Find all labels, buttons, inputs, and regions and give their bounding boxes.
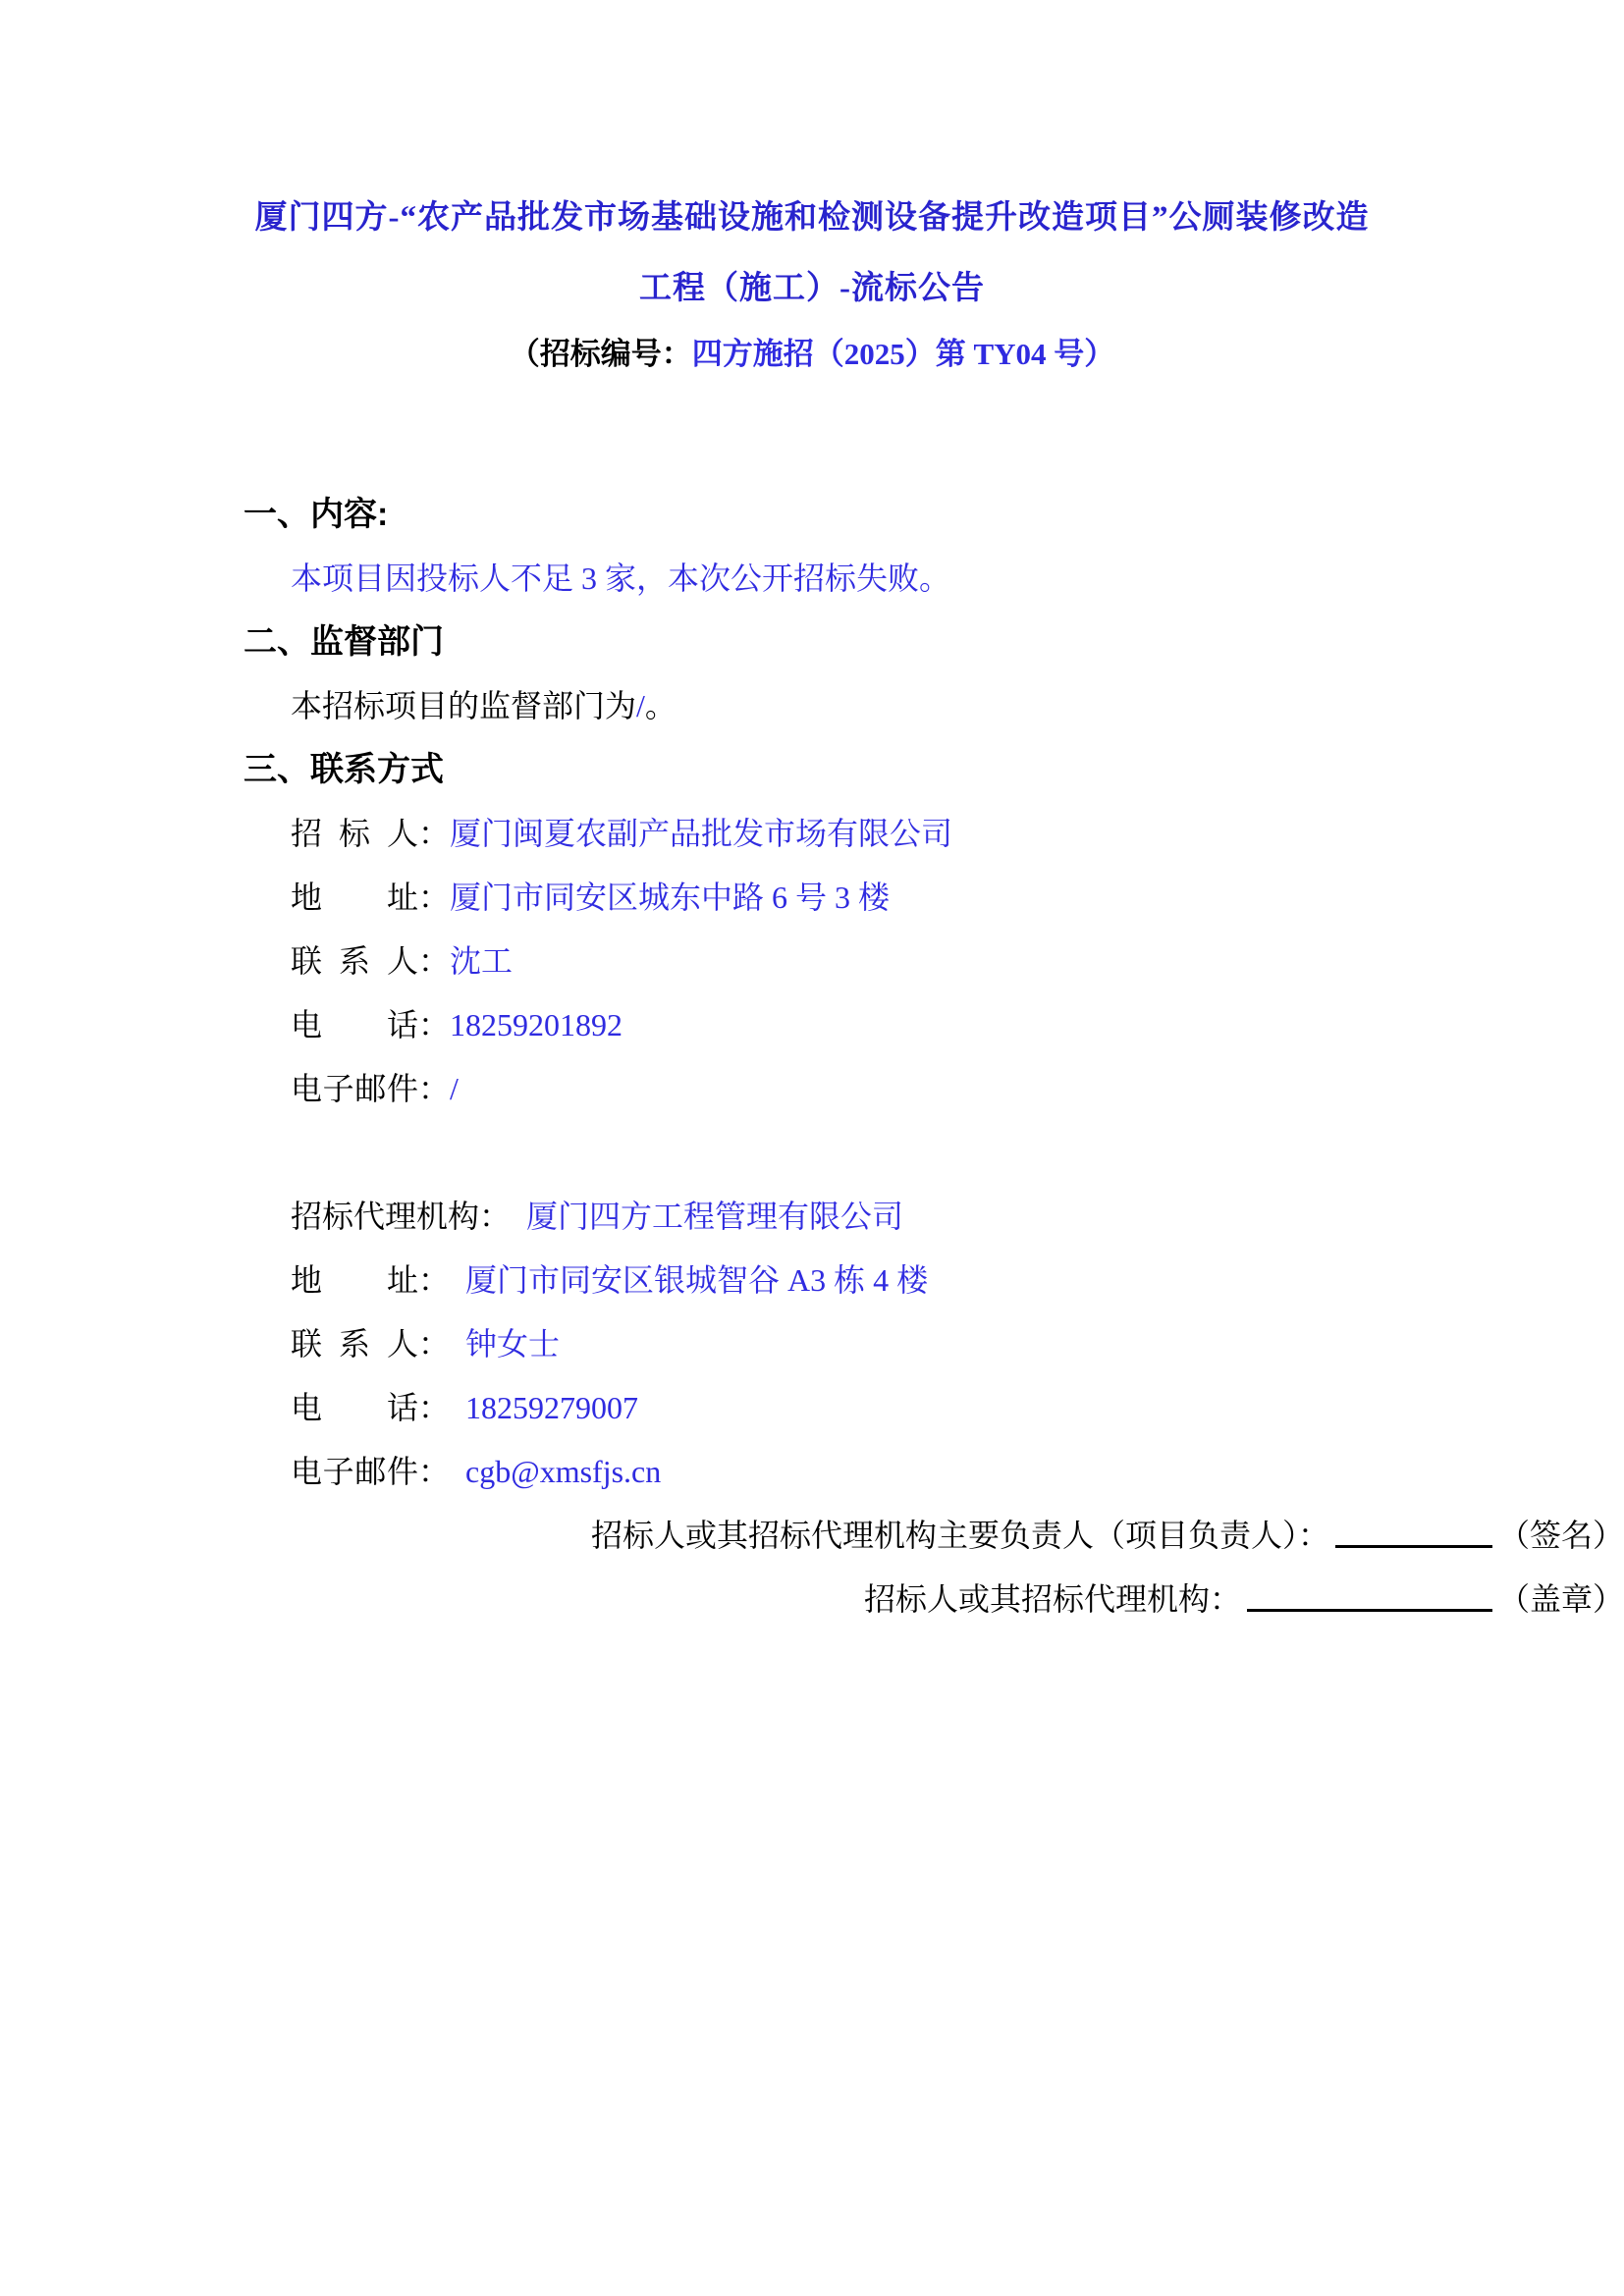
- signature-label-organization: 招标人或其招标代理机构：: [864, 1581, 1241, 1617]
- field-colon: ：: [418, 880, 450, 915]
- document-title-line1: 厦门四方-“农产品批发市场基础设施和检测设备提升改造项目”公厕装修改造: [0, 183, 1624, 253]
- field-label-email: 电子邮件: [291, 1057, 418, 1121]
- supervision-text-prefix: 本招标项目的监督部门为: [291, 688, 636, 723]
- tender-reference-line: （招标编号：四方施招（2025）第 TY04 号）: [0, 324, 1624, 385]
- field-label-phone: 电话: [291, 993, 418, 1057]
- signature-suffix-seal: （盖章）: [1498, 1581, 1624, 1617]
- document-title-line2: 工程（施工）-流标公告: [0, 253, 1624, 324]
- title-block: 厦门四方-“农产品批发市场基础设施和检测设备提升改造项目”公厕装修改造 工程（施…: [0, 0, 1624, 385]
- field-colon: ：: [418, 943, 450, 979]
- tenderer-contact-person-value: 沈工: [450, 943, 513, 979]
- section-heading-content: 一、内容:: [244, 483, 1624, 547]
- supervision-value: /: [636, 688, 645, 723]
- field-colon: ：: [418, 1326, 450, 1362]
- field-colon: ：: [418, 816, 450, 851]
- tenderer-address-value: 厦门市同安区城东中路 6 号 3 楼: [450, 880, 890, 915]
- field-label-phone: 电话: [291, 1376, 418, 1440]
- signature-line-project-leader: 招标人或其招标代理机构主要负责人（项目负责人）：（签名）: [0, 1504, 1624, 1568]
- field-colon: ：: [418, 1454, 450, 1489]
- agency-name-value: 厦门四方工程管理有限公司: [526, 1199, 903, 1234]
- field-label-contact-person: 联系人: [291, 930, 418, 993]
- field-colon: ：: [479, 1199, 511, 1234]
- tenderer-email-value: /: [450, 1071, 459, 1106]
- blank-line-spacer: [0, 1121, 1624, 1185]
- tenderer-row-contact-person: 联系人：沈工: [291, 930, 1624, 993]
- field-colon: ：: [418, 1071, 450, 1106]
- tenderer-row-email: 电子邮件：/: [291, 1057, 1624, 1121]
- supervision-text-suffix: 。: [645, 688, 677, 723]
- agency-row-phone: 电话：18259279007: [291, 1376, 1624, 1440]
- signature-label-project-leader: 招标人或其招标代理机构主要负责人（项目负责人）：: [591, 1518, 1329, 1553]
- field-label-address: 地址: [291, 1249, 418, 1312]
- agency-row-address: 地址：厦门市同安区银城智谷 A3 栋 4 楼: [291, 1249, 1624, 1312]
- document-page: 厦门四方-“农产品批发市场基础设施和检测设备提升改造项目”公厕装修改造 工程（施…: [0, 0, 1624, 2296]
- tenderer-phone-value: 18259201892: [450, 1007, 623, 1042]
- document-body: 一、内容: 本项目因投标人不足 3 家，本次公开招标失败。 二、监督部门 本招标…: [0, 483, 1624, 1631]
- agency-address-value: 厦门市同安区银城智谷 A3 栋 4 楼: [465, 1262, 928, 1298]
- supervision-body-text: 本招标项目的监督部门为/。: [291, 674, 1624, 738]
- field-colon: ：: [418, 1262, 450, 1298]
- field-colon: ：: [418, 1007, 450, 1042]
- signature-line-organization: 招标人或其招标代理机构：（盖章）: [0, 1568, 1624, 1631]
- signature-underline-blank: [1247, 1579, 1492, 1612]
- agency-contact-person-value: 钟女士: [465, 1326, 560, 1362]
- tenderer-row-name: 招标人：厦门闽夏农副产品批发市场有限公司: [291, 802, 1624, 866]
- signature-suffix-sign: （签名）: [1498, 1518, 1624, 1553]
- agency-row-name: 招标代理机构：厦门四方工程管理有限公司: [291, 1185, 1624, 1249]
- field-colon: ：: [418, 1390, 450, 1425]
- field-label-agency: 招标代理机构: [291, 1185, 479, 1249]
- field-label-email: 电子邮件: [291, 1440, 418, 1504]
- tenderer-name-value: 厦门闽夏农副产品批发市场有限公司: [450, 816, 952, 851]
- tenderer-row-address: 地址：厦门市同安区城东中路 6 号 3 楼: [291, 866, 1624, 930]
- tenderer-row-phone: 电话：18259201892: [291, 993, 1624, 1057]
- section-heading-supervision: 二、监督部门: [244, 611, 1624, 674]
- agency-email-value: cgb@xmsfjs.cn: [465, 1454, 661, 1489]
- field-label-address: 地址: [291, 866, 418, 930]
- tender-reference-number: 四方施招（2025）第 TY04 号）: [692, 337, 1115, 371]
- signature-underline-blank: [1335, 1516, 1492, 1548]
- agency-phone-value: 18259279007: [465, 1390, 638, 1425]
- agency-row-contact-person: 联系人：钟女士: [291, 1312, 1624, 1376]
- tender-reference-label: （招标编号：: [510, 337, 692, 371]
- field-label-contact-person: 联系人: [291, 1312, 418, 1376]
- field-label-tenderer: 招标人: [291, 802, 418, 866]
- agency-row-email: 电子邮件：cgb@xmsfjs.cn: [291, 1440, 1624, 1504]
- section-heading-contact: 三、联系方式: [244, 738, 1624, 802]
- content-body-text: 本项目因投标人不足 3 家，本次公开招标失败。: [291, 547, 1624, 611]
